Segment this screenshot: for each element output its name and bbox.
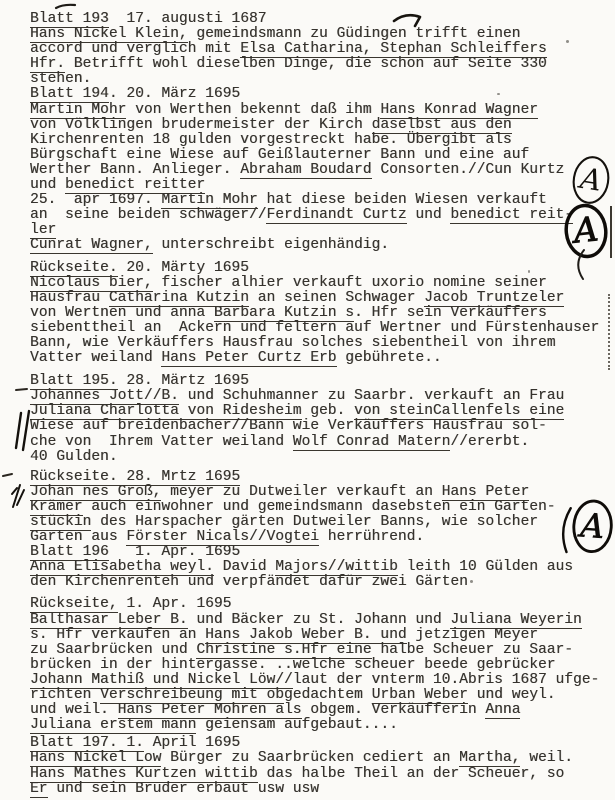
double-bar-margin-mark bbox=[13, 410, 33, 452]
text-line: Garten aus Förster Nicals//Vogtei herrüh… bbox=[30, 530, 608, 545]
text-line: brücken in der hintergasse. ..welche sch… bbox=[30, 658, 608, 673]
text-line: Wiese auf breidenbacher//Bann wie Verkäu… bbox=[30, 419, 608, 434]
text-line: siebenttheil an Ackern und feltern auf W… bbox=[30, 321, 608, 336]
text-block: Blatt 195. 28. Märtz 1695Johannes Jott//… bbox=[30, 374, 608, 465]
circled-a-annotation-3: A bbox=[556, 492, 615, 562]
pencil-paren-mark bbox=[570, 248, 588, 282]
text-line: Juliana Charlotta von Ridesheim geb. von… bbox=[30, 404, 608, 419]
text-line: Martin Mohr von Werthen bekennt daß ihm … bbox=[30, 103, 608, 118]
text-line: Hans Nickel Low Bürger zu Saarbrücken ce… bbox=[30, 751, 608, 766]
text-line: und benedict reitter bbox=[30, 178, 608, 193]
text-line: Bann, wie Verkäuffers Hausfrau solches s… bbox=[30, 336, 608, 351]
text-block: Blatt 193 17. augusti 1687Hans Nickel Kl… bbox=[30, 12, 608, 87]
text-line: Rückseite. 20. Märty 1695 bbox=[30, 261, 608, 276]
text-line: Johan nes Groß, meyer zu Dutweiler verka… bbox=[30, 485, 608, 500]
text-line: an seine beiden schwäger//Ferdinandt Cur… bbox=[30, 208, 608, 223]
text-line: Blatt 197. 1. April 1695 bbox=[30, 736, 608, 751]
text-line: Anna Elisabetha weyl. David Majors//witt… bbox=[30, 560, 608, 575]
text-line: Johannes Jott//B. und Schuhmanner zu Saa… bbox=[30, 389, 608, 404]
scanned-document-page: Blatt 193 17. augusti 1687Hans Nickel Kl… bbox=[0, 0, 615, 800]
text-block: Blatt 197. 1. April 1695Hans Nickel Low … bbox=[30, 736, 608, 796]
text-line: von Wertnen und anna Barbara Kutzin s. H… bbox=[30, 306, 608, 321]
text-line: und weil. Hans Peter Mohren als obgem. V… bbox=[30, 703, 608, 718]
text-line: s. Hfr verkaufen an Hans Jakob Weber B. … bbox=[30, 628, 608, 643]
text-line: Krämer auch einwohner und gemeindsmann d… bbox=[30, 500, 608, 515]
text-line: 40 Gulden. bbox=[30, 450, 608, 465]
pencil-dash-blatt195 bbox=[15, 386, 29, 394]
pencil-dash-left bbox=[2, 471, 14, 479]
text-line: Johann Mathiß und Nickel Löw//laut der v… bbox=[30, 673, 608, 688]
text-line: 25. apr 1697. Martin Mohr hat diese beid… bbox=[30, 193, 608, 208]
text-line: Hans Mathes Kurtzen wittib das halbe The… bbox=[30, 767, 608, 782]
text-line: Blatt 196 1. Apr. 1695 bbox=[30, 545, 608, 560]
text-block: Blatt 194. 20. März 1695Martin Mohr von … bbox=[30, 87, 608, 253]
text-line: zu Saarbrücken und Christine s.Hfr eine … bbox=[30, 643, 608, 658]
pencil-dash-top-left bbox=[55, 1, 77, 11]
text-line: accord und verglich mit Elsa Catharina, … bbox=[30, 42, 608, 57]
pencil-stroke-top-right bbox=[392, 9, 434, 35]
scan-speck bbox=[470, 580, 473, 583]
text-line: den Kirchenrenteh und verpfändet dafür z… bbox=[30, 575, 608, 590]
text-line: stückin des Harspacher gärten Dutweiler … bbox=[30, 515, 608, 530]
text-line: che von Ihrem Vatter weiland Wolf Conrad… bbox=[30, 435, 608, 450]
text-line: Vatter weiland Hans Peter Curtz Erb gebü… bbox=[30, 351, 608, 366]
text-line: Balthasar Leber B. und Bäcker zu St. Joh… bbox=[30, 613, 608, 628]
circled-letter-label: A bbox=[569, 209, 600, 251]
scan-speck bbox=[566, 40, 569, 43]
text-line: Rückseite. 28. Mrtz 1695 bbox=[30, 470, 608, 485]
text-line: Er und sein Bruder erbaut usw usw bbox=[30, 782, 608, 797]
text-line: Blatt 194. 20. März 1695 bbox=[30, 87, 608, 102]
text-line: Werther Bann. Anlieger. Abraham Boudard … bbox=[30, 163, 608, 178]
text-line: Blatt 195. 28. Märtz 1695 bbox=[30, 374, 608, 389]
text-line: Nicolaus bier, fischer alhier verkauft u… bbox=[30, 276, 608, 291]
text-line: Blatt 193 17. augusti 1687 bbox=[30, 12, 608, 27]
document-body: Blatt 193 17. augusti 1687Hans Nickel Kl… bbox=[30, 12, 608, 797]
text-line: richten Verschreibeung mit obgedachtem U… bbox=[30, 688, 608, 703]
text-line: stehen. bbox=[30, 72, 608, 87]
circled-letter-label: A bbox=[576, 505, 605, 546]
text-line: Hfr. Betrifft wohl dieselben Dinge, die … bbox=[30, 57, 608, 72]
text-line: Juliana erstem mann geiensam aufgebaut..… bbox=[30, 718, 608, 733]
text-line: Bürgschaft eine Wiese auf Geißlauterner … bbox=[30, 148, 608, 163]
scan-speck bbox=[497, 93, 500, 95]
text-block: Rückseite, 1. Apr. 1695Balthasar Leber B… bbox=[30, 597, 608, 733]
check-margin-mark bbox=[9, 482, 29, 510]
text-line: von Völklingen brudermeister der Kirch d… bbox=[30, 118, 608, 133]
text-block: Rückseite. 28. Mrtz 1695Johan nes Groß, … bbox=[30, 470, 608, 591]
text-line: Cunrat Wagner, unterschreibt eigenhändig… bbox=[30, 238, 608, 253]
text-line: Hans Nickel Klein, gemeindsmann zu Güdin… bbox=[30, 27, 608, 42]
text-line: Kirchenrenten 18 gulden vorgestreckt hab… bbox=[30, 133, 608, 148]
text-line: Rückseite, 1. Apr. 1695 bbox=[30, 597, 608, 612]
text-line: Hausfrau Catharina Kutzin an seinen Schw… bbox=[30, 291, 608, 306]
text-block: Rückseite. 20. Märty 1695Nicolaus bier, … bbox=[30, 261, 608, 367]
text-line: ler bbox=[30, 223, 608, 238]
pen-edge-line bbox=[610, 206, 612, 258]
scan-speck bbox=[528, 270, 530, 273]
dotted-margin-line bbox=[608, 294, 610, 370]
